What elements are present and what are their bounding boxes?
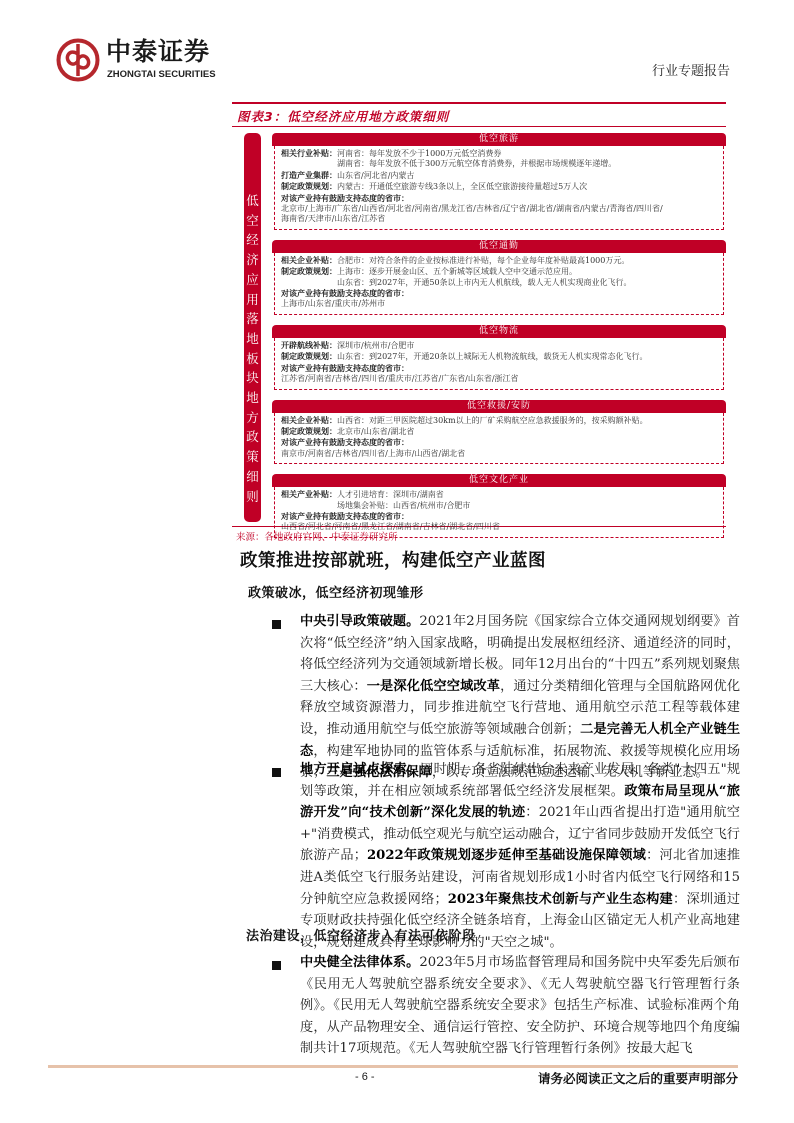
- logo-english-name: ZHONGTAI SECURITIES: [107, 69, 216, 80]
- policy-section: 低空文化产业相关产业补贴：人才引进培育：深圳市/湖南省场地集会补贴：山西省/杭州…: [272, 474, 726, 538]
- vertical-label-char: 空: [246, 211, 259, 231]
- company-logo: 中泰证券 ZHONGTAI SECURITIES: [56, 36, 246, 86]
- policy-row-key: 对该产业持有鼓励支持态度的省市：: [281, 511, 409, 521]
- policy-section-content: 相关行业补贴：河南省：每年发放不少于1000万元低空消费券湖南省：每年发放不低于…: [274, 146, 724, 230]
- policy-row: 制定政策规划：山东省：到2027年，开通20条以上城际无人机物流航线，载货无人机…: [281, 351, 717, 362]
- policy-row: 北京市/上海市/广东省/山西省/河北省/河南省/黑龙江省/吉林省/辽宁省/湖北省…: [281, 204, 717, 214]
- bullet-square-icon: [272, 768, 281, 777]
- policy-row-value: 南京市/河南省/吉林省/四川省/上海市/山西省/湖北省: [281, 449, 465, 458]
- emphasis-text: 2022年政策规划逐步延伸至基础设施保障领域: [367, 848, 646, 863]
- policy-row-value: 内蒙古：开通低空旅游专线3条以上，全区低空旅游接待量超过5万人次: [337, 182, 587, 191]
- policy-section-content: 相关产业补贴：人才引进培育：深圳市/湖南省场地集会补贴：山西省/杭州市/合肥市对…: [274, 487, 724, 538]
- policy-row: 相关产业补贴：人才引进培育：深圳市/湖南省: [281, 489, 717, 500]
- subheading-policy-breakthrough: 政策破冰，低空经济初现雏形: [248, 582, 424, 601]
- vertical-label-char: 济: [246, 250, 259, 270]
- policy-row-key: 对该产业持有鼓励支持态度的省市：: [281, 193, 409, 203]
- policy-section-content: 相关企业补贴：山西省：对距三甲医院超过30km以上的厂矿采购航空应急救援服务的，…: [274, 413, 724, 465]
- policy-row-key: 相关产业补贴：: [281, 489, 337, 499]
- policy-row: 江苏省/河南省/吉林省/四川省/重庆市/江苏省/广东省/山东省/浙江省: [281, 374, 717, 384]
- emphasis-text: 中央引导政策破题。: [300, 614, 419, 629]
- vertical-label-char: 地: [246, 329, 259, 349]
- policy-row-value: 湖南省：每年发放不低于300万元航空体育消费券，并根据市场规模逐年递增。: [337, 159, 616, 168]
- policy-row: 对该产业持有鼓励支持态度的省市：: [281, 437, 717, 448]
- body-text: 2023年5月市场监督管理局和国务院中央军委先后颁布《民用无人驾驶航空器系统安全…: [300, 955, 740, 1056]
- policy-row: 开辟航线补贴：深圳市/杭州市/合肥市: [281, 340, 717, 351]
- policy-row-key: 打造产业集群：: [281, 170, 337, 180]
- page-number: - 6 -: [355, 1071, 375, 1083]
- policy-section: 低空救援/安防相关企业补贴：山西省：对距三甲医院超过30km以上的厂矿采购航空应…: [272, 400, 726, 465]
- bullet-square-icon: [272, 620, 281, 629]
- vertical-category-label: 低空经济应用落地板块地方政策细则: [244, 133, 261, 522]
- policy-row-key: 相关企业补贴：: [281, 255, 337, 265]
- policy-row-key: 相关行业补贴：: [281, 148, 337, 158]
- subheading-legal-construction: 法治建设，低空经济步入有法可依阶段: [246, 925, 476, 944]
- policy-row: 上海市/山东省/重庆市/苏州市: [281, 299, 717, 309]
- policy-row-value: 山东省：到2027年，开通50条以上市内无人机航线，载人无人机实现商业化飞行。: [337, 278, 632, 287]
- vertical-label-char: 经: [246, 230, 259, 250]
- policy-row-value: 山西省：对距三甲医院超过30km以上的厂矿采购航空应急救援服务的，按采购额补贴。: [337, 416, 648, 425]
- footer-disclaimer: 请务必阅读正文之后的重要声明部分: [538, 1069, 738, 1087]
- policy-section-title: 低空物流: [272, 325, 726, 338]
- policy-row-value: 山西省/河北省/河南省/黑龙江省/湖南省/吉林省/湖北省/四川省: [281, 522, 500, 531]
- zhongtai-logo-icon: [56, 38, 100, 82]
- policy-section-content: 相关企业补贴：合肥市：对符合条件的企业按标准进行补贴，每个企业每年度补贴最高10…: [274, 253, 724, 315]
- paragraph-central-legal-system: 中央健全法律体系。2023年5月市场监督管理局和国务院中央军委先后颁布《民用无人…: [300, 952, 740, 1060]
- policy-row-value: 人才引进培育：深圳市/湖南省: [337, 490, 444, 499]
- figure-title-rule: [232, 126, 726, 127]
- vertical-label-char: 细: [246, 467, 259, 487]
- emphasis-text: 中央健全法律体系。: [300, 955, 419, 970]
- vertical-label-char: 块: [246, 368, 259, 388]
- policy-row-value: 山东省：到2027年，开通20条以上城际无人机物流航线，载货无人机实现常态化飞行…: [337, 352, 648, 361]
- paragraph-central-policy: 中央引导政策破题。2021年2月国务院《国家综合立体交通网规划纲要》首次将“低空…: [300, 611, 740, 784]
- vertical-label-char: 地: [246, 388, 259, 408]
- policy-row-value: 北京市/上海市/广东省/山西省/河北省/河南省/黑龙江省/吉林省/辽宁省/湖北省…: [281, 204, 663, 213]
- policy-row: 相关行业补贴：河南省：每年发放不少于1000万元低空消费券: [281, 148, 717, 159]
- emphasis-text: 2023年聚焦技术创新与产业生态构建: [448, 892, 673, 907]
- policy-sections: 低空旅游相关行业补贴：河南省：每年发放不少于1000万元低空消费券湖南省：每年发…: [272, 133, 726, 548]
- policy-row-key: 对该产业持有鼓励支持态度的省市：: [281, 437, 409, 447]
- vertical-label-char: 方: [246, 408, 259, 428]
- policy-row: 制定政策规划：内蒙古：开通低空旅游专线3条以上，全区低空旅游接待量超过5万人次: [281, 181, 717, 192]
- policy-row-value: 山东省/河北省/内蒙古: [337, 171, 414, 180]
- policy-row: 对该产业持有鼓励支持态度的省市：: [281, 363, 717, 374]
- vertical-label-char: 低: [246, 191, 259, 211]
- policy-row-value: 深圳市/杭州市/合肥市: [337, 341, 414, 350]
- vertical-label-char: 板: [246, 349, 259, 369]
- policy-row: 南京市/河南省/吉林省/四川省/上海市/山西省/湖北省: [281, 449, 717, 459]
- policy-row-key: 制定政策规划：: [281, 181, 337, 191]
- logo-chinese-name: 中泰证券: [106, 36, 210, 68]
- policy-section: 低空物流开辟航线补贴：深圳市/杭州市/合肥市制定政策规划：山东省：到2027年，…: [272, 325, 726, 390]
- policy-row-key: 制定政策规划：: [281, 266, 337, 276]
- policy-section: 低空旅游相关行业补贴：河南省：每年发放不少于1000万元低空消费券湖南省：每年发…: [272, 133, 726, 230]
- policy-row-key: 开辟航线补贴：: [281, 340, 337, 350]
- policy-row: 打造产业集群：山东省/河北省/内蒙古: [281, 170, 717, 181]
- vertical-label-char: 用: [246, 290, 259, 310]
- vertical-label-char: 应: [246, 270, 259, 290]
- policy-row-key: 制定政策规划：: [281, 351, 337, 361]
- policy-row: 场地集会补贴：山西省/杭州市/合肥市: [281, 501, 717, 511]
- emphasis-text: 一是深化低空空域改革: [367, 679, 500, 694]
- figure-policy-details: 图表3：低空经济应用地方政策细则 低空经济应用落地板块地方政策细则 低空旅游相关…: [232, 102, 726, 543]
- policy-row: 制定政策规划：上海市：逐步开展金山区、五个新城等区域载人空中交通示范应用。: [281, 266, 717, 277]
- policy-row: 对该产业持有鼓励支持态度的省市：: [281, 193, 717, 204]
- policy-row-key: 相关企业补贴：: [281, 415, 337, 425]
- vertical-label-char: 则: [246, 487, 259, 507]
- policy-section-title: 低空救援/安防: [272, 400, 726, 413]
- bullet-square-icon: [272, 961, 281, 970]
- policy-row-value: 河南省：每年发放不少于1000万元低空消费券: [337, 149, 501, 158]
- policy-row: 山东省：到2027年，开通50条以上市内无人机航线，载人无人机实现商业化飞行。: [281, 278, 717, 288]
- policy-section-title: 低空通勤: [272, 240, 726, 253]
- policy-row-key: 制定政策规划：: [281, 426, 337, 436]
- policy-row-key: 对该产业持有鼓励支持态度的省市：: [281, 363, 409, 373]
- policy-section: 低空通勤相关企业补贴：合肥市：对符合条件的企业按标准进行补贴，每个企业每年度补贴…: [272, 240, 726, 315]
- policy-section-title: 低空文化产业: [272, 474, 726, 487]
- policy-section-content: 开辟航线补贴：深圳市/杭州市/合肥市制定政策规划：山东省：到2027年，开通20…: [274, 338, 724, 390]
- policy-row-key: 对该产业持有鼓励支持态度的省市：: [281, 288, 409, 298]
- policy-row: 相关企业补贴：山西省：对距三甲医院超过30km以上的厂矿采购航空应急救援服务的，…: [281, 415, 717, 426]
- policy-row: 海南省/天津市/山东省/江苏省: [281, 214, 717, 224]
- figure-body: 低空经济应用落地板块地方政策细则 低空旅游相关行业补贴：河南省：每年发放不少于1…: [232, 131, 726, 526]
- vertical-label-char: 落: [246, 309, 259, 329]
- footer-rule: [48, 1065, 738, 1068]
- policy-row: 相关企业补贴：合肥市：对符合条件的企业按标准进行补贴，每个企业每年度补贴最高10…: [281, 255, 717, 266]
- section-heading: 政策推进按部就班，构建低空产业蓝图: [240, 547, 546, 572]
- policy-row: 山西省/河北省/河南省/黑龙江省/湖南省/吉林省/湖北省/四川省: [281, 522, 717, 532]
- policy-row-value: 上海市：逐步开展金山区、五个新城等区域载人空中交通示范应用。: [337, 267, 577, 276]
- policy-row-value: 江苏省/河南省/吉林省/四川省/重庆市/江苏省/广东省/山东省/浙江省: [281, 374, 519, 383]
- figure-title: 图表3：低空经济应用地方政策细则: [232, 104, 726, 126]
- policy-row-value: 上海市/山东省/重庆市/苏州市: [281, 299, 385, 308]
- vertical-label-char: 政: [246, 427, 259, 447]
- policy-row: 对该产业持有鼓励支持态度的省市：: [281, 288, 717, 299]
- policy-row: 湖南省：每年发放不低于300万元航空体育消费券，并根据市场规模逐年递增。: [281, 159, 717, 169]
- policy-section-title: 低空旅游: [272, 133, 726, 146]
- emphasis-text: 地方开启试点探索。: [300, 762, 420, 777]
- policy-row-value: 海南省/天津市/山东省/江苏省: [281, 214, 385, 223]
- report-type: 行业专题报告: [652, 60, 730, 79]
- policy-row-value: 北京市/山东省/湖北省: [337, 427, 414, 436]
- vertical-label-char: 策: [246, 447, 259, 467]
- policy-row-value: 场地集会补贴：山西省/杭州市/合肥市: [337, 501, 470, 510]
- policy-row: 对该产业持有鼓励支持态度的省市：: [281, 511, 717, 522]
- policy-row: 制定政策规划：北京市/山东省/湖北省: [281, 426, 717, 437]
- policy-row-value: 合肥市：对符合条件的企业按标准进行补贴，每个企业每年度补贴最高1000万元。: [337, 256, 629, 265]
